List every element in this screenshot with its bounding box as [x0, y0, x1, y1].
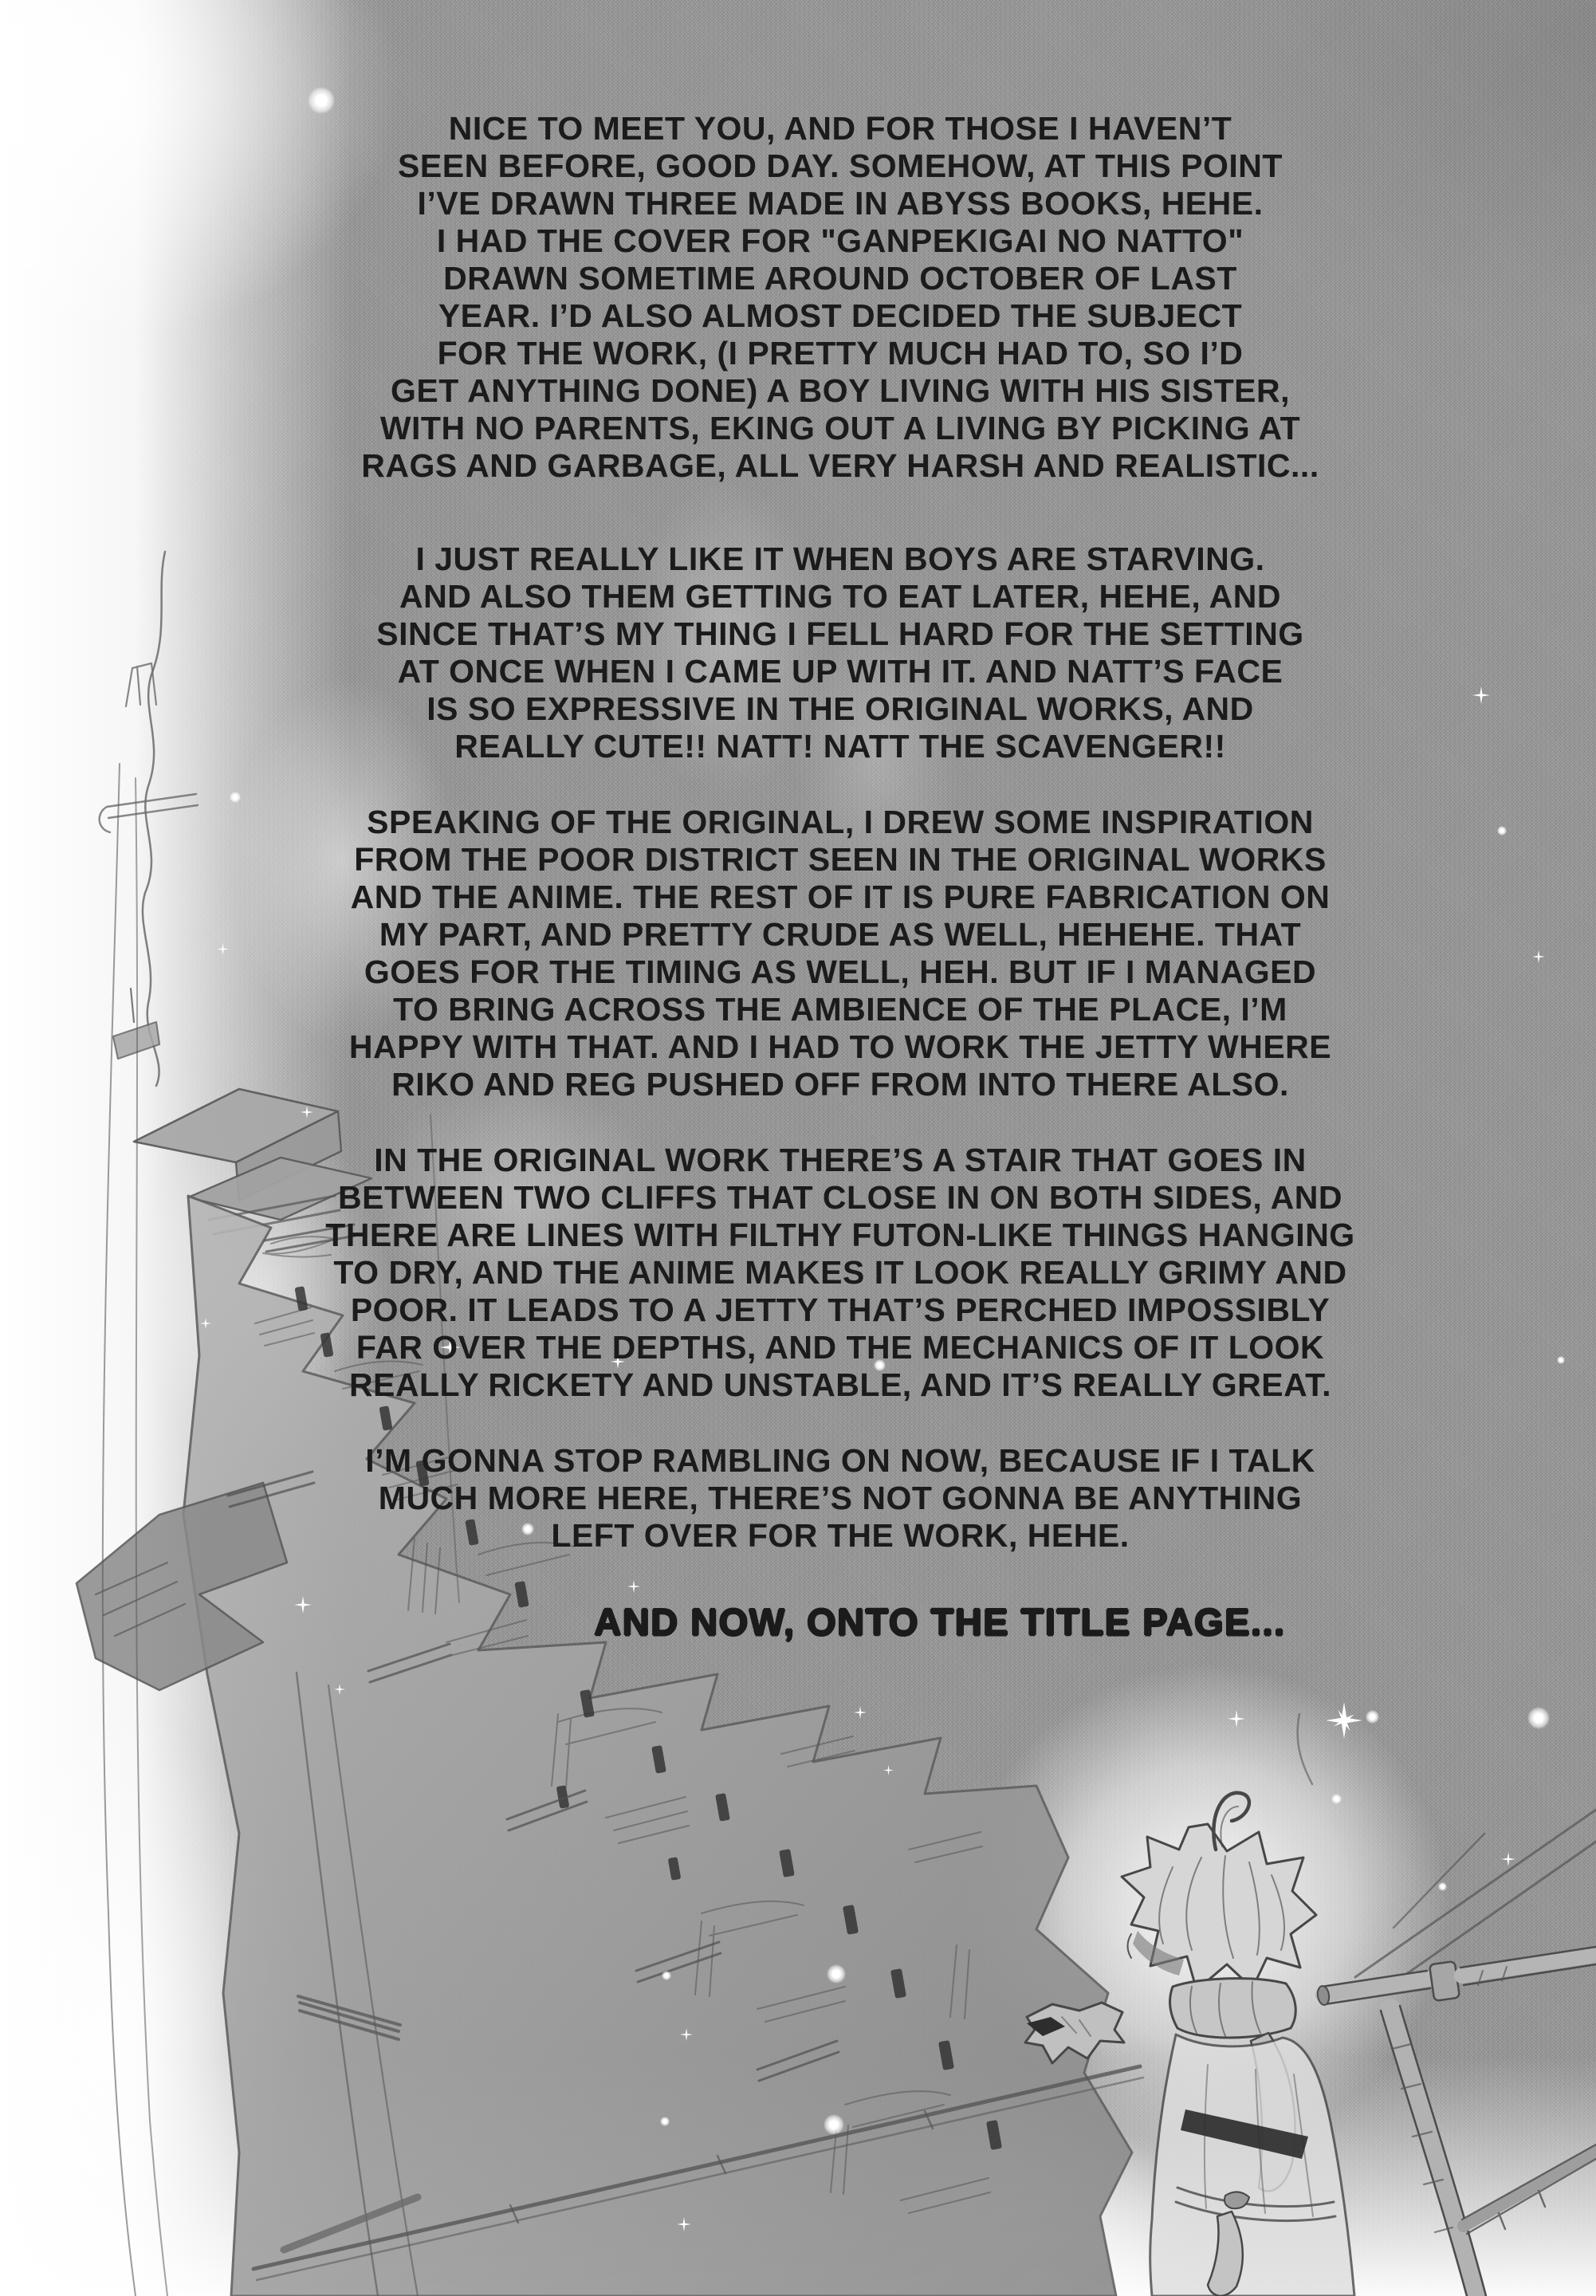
afterword-paragraph: SPEAKING OF THE ORIGINAL, I DREW SOME IN… — [88, 804, 1593, 1103]
character-hair — [1122, 1824, 1316, 1990]
afterword-paragraph: I’M GONNA STOP RAMBLING ON NOW, BECAUSE … — [88, 1442, 1593, 1555]
afterword-paragraph: NICE TO MEET YOU, AND FOR THOSE I HAVEN’… — [88, 110, 1593, 485]
character-torso — [1150, 2035, 1354, 2296]
afterword-paragraph: IN THE ORIGINAL WORK THERE’S A STAIR THA… — [88, 1142, 1593, 1404]
manga-page: NICE TO MEET YOU, AND FOR THOSE I HAVEN’… — [0, 0, 1596, 2296]
afterword-paragraph: I JUST REALLY LIKE IT WHEN BOYS ARE STAR… — [88, 541, 1593, 765]
afterword-text: NICE TO MEET YOU, AND FOR THOSE I HAVEN’… — [88, 110, 1593, 1644]
character-scarf — [1170, 1979, 1296, 2038]
closing-line: AND NOW, ONTO THE TITLE PAGE... — [287, 1601, 1593, 1644]
